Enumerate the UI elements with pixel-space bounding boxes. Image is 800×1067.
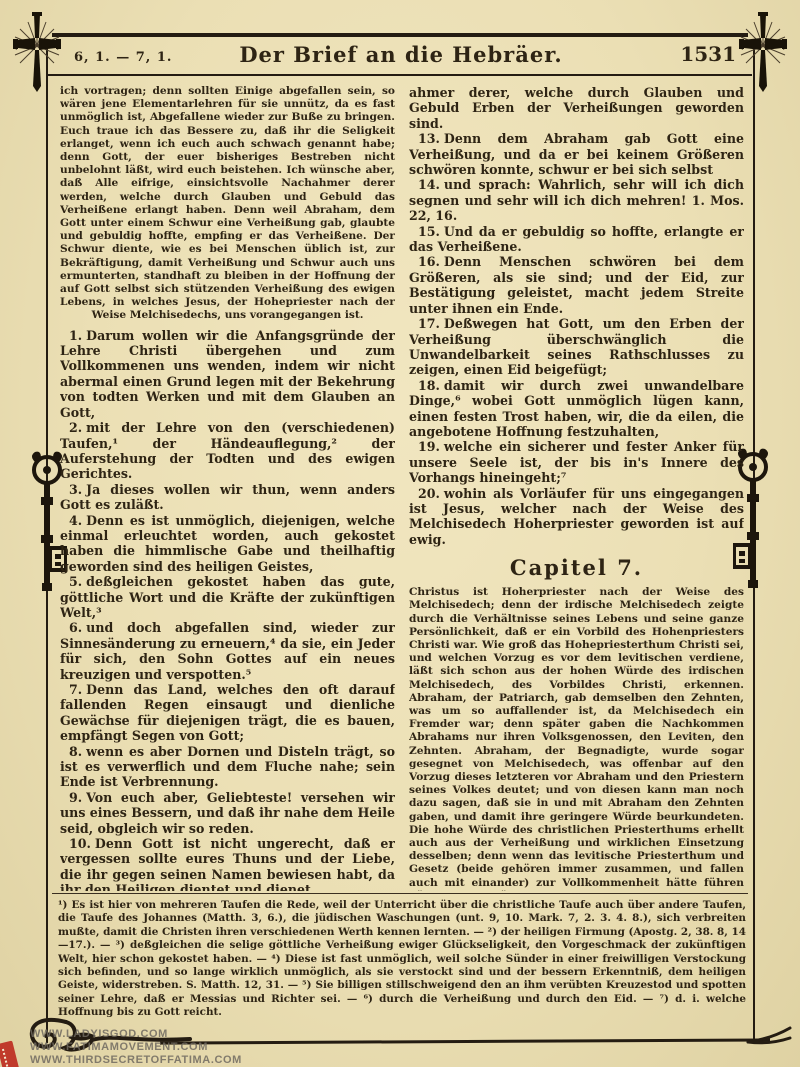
verse-text: Von euch aber, Geliebteste! versehen wir… <box>60 790 395 836</box>
verse-text: wohin als Vorläufer für uns eingegangen … <box>409 486 744 547</box>
verse-text: Denn dem Abraham gab Gott eine Verheißun… <box>409 131 744 177</box>
verse-6-2: 2.mit der Lehre von den (verschiedenen) … <box>60 420 395 482</box>
verse-number: 7. <box>69 682 82 697</box>
watermark-line: WWW.FATIMAMOVEMENT.COM <box>30 1041 242 1054</box>
verse-text: und doch abgefallen sind, wieder zur Sin… <box>60 620 395 681</box>
verse-number: 8. <box>69 744 82 759</box>
verse-6-13: 13.Denn dem Abraham gab Gott eine Verhei… <box>409 131 744 177</box>
verse-text: damit wir durch zwei unwandelbare Dinge,… <box>409 378 744 439</box>
page-title: Der Brief an die Hebräer. <box>60 42 742 67</box>
footnotes-text: ¹) Es ist hier von mehreren Taufen die R… <box>58 899 746 1020</box>
verse-6-19: 19.welche ein sicherer und fester Anker … <box>409 439 744 485</box>
bottom-border-rule <box>160 1038 770 1044</box>
verse-6-16: 16.Denn Menschen schwören bei dem Größer… <box>409 254 744 316</box>
verse-number: 18. <box>418 378 440 393</box>
verse-text: und sprach: Wahrlich, sehr will ich dich… <box>409 177 744 223</box>
verse-6-8: 8.wenn es aber Dornen und Disteln trägt,… <box>60 744 395 790</box>
header-underline-rule <box>48 74 752 76</box>
verse-6-7: 7.Denn das Land, welches den oft darauf … <box>60 682 395 744</box>
verse-text: mit der Lehre von den (verschiedenen) Ta… <box>60 420 395 481</box>
verse-text: Denn das Land, welches den oft darauf fa… <box>60 682 395 743</box>
text-columns: ich vortragen; denn sollten Einige abgef… <box>60 85 744 891</box>
verse-text: Und da er gebuldig so hoffte, erlangte e… <box>409 224 744 254</box>
right-column: ahmer derer, welche durch Glauben und Ge… <box>409 85 744 891</box>
verse-number: 16. <box>418 254 440 269</box>
verse-number: 10. <box>69 836 91 851</box>
watermark-line: WWW.LADYISGOD.COM <box>30 1028 242 1041</box>
verse-6-18: 18.damit wir durch zwei unwandelbare Din… <box>409 378 744 440</box>
verse-number: 1. <box>69 328 82 343</box>
verse-number: 6. <box>69 620 82 635</box>
verse-number: 4. <box>69 513 82 528</box>
verse-number: 17. <box>418 316 440 331</box>
watermark-block: WWW.LADYISGOD.COM WWW.FATIMAMOVEMENT.COM… <box>30 1028 242 1066</box>
verse-6-5: 5.deßgleichen gekostet haben das gute, g… <box>60 574 395 620</box>
verse-6-14: 14.und sprach: Wahrlich, sehr will ich d… <box>409 177 744 223</box>
verse-6-10: 10.Denn Gott ist nicht ungerecht, daß er… <box>60 836 395 891</box>
left-column: ich vortragen; denn sollten Einige abgef… <box>60 85 395 891</box>
verse-number: 9. <box>69 790 82 805</box>
verse-number: 2. <box>69 420 82 435</box>
cross-sunburst-icon <box>6 8 68 94</box>
verse-6-20: 20.wohin als Vorläufer für uns eingegang… <box>409 486 744 548</box>
verse-6-4: 4.Denn es ist unmöglich, diejenigen, wel… <box>60 513 395 575</box>
verse-number: 15. <box>418 224 440 239</box>
verse-text: Denn es ist unmöglich, diejenigen, welch… <box>60 513 395 574</box>
verse-text: Denn Gott ist nicht ungerecht, daß er ve… <box>60 836 395 891</box>
verse-number: 3. <box>69 482 82 497</box>
verse-text: deßgleichen gekostet haben das gute, göt… <box>60 574 395 620</box>
footnote-separator-rule <box>52 893 748 894</box>
verse-number: 19. <box>418 439 440 454</box>
verse-text: welche ein sicherer und fester Anker für… <box>409 439 744 485</box>
page-header: 6, 1. — 7, 1. Der Brief an die Hebräer. … <box>60 42 742 72</box>
verse-text: Ja dieses wollen wir thun, wenn anders G… <box>60 482 395 512</box>
verse-text: wenn es aber Dornen und Disteln trägt, s… <box>60 744 395 790</box>
verse-number: 20. <box>418 486 440 501</box>
page-number: 1531 <box>680 42 736 66</box>
chapter-heading: Capitel 7. <box>409 555 744 580</box>
verse-number: 5. <box>69 574 82 589</box>
verse-number: 13. <box>418 131 440 146</box>
chapter7-intro-paragraph: Christus ist Hoherpriester nach der Weis… <box>409 586 744 891</box>
verse-6-1: 1.Darum wollen wir die Anfangsgründe der… <box>60 328 395 420</box>
verse-6-17: 17.Deßwegen hat Gott, um den Erben der V… <box>409 316 744 378</box>
verse-text: Deßwegen hat Gott, um den Erben der Verh… <box>409 316 744 377</box>
footnotes-block: ¹) Es ist hier von mehreren Taufen die R… <box>58 899 746 1027</box>
watermark-line: WWW.THIRDSECRETOFFATIMA.COM <box>30 1054 242 1067</box>
scanned-book-page: 6, 1. — 7, 1. Der Brief an die Hebräer. … <box>0 0 800 1067</box>
verse-6-9: 9.Von euch aber, Geliebteste! versehen w… <box>60 790 395 836</box>
chapter6-intro-paragraph: ich vortragen; denn sollten Einige abgef… <box>60 85 395 323</box>
verse-6-3: 3.Ja dieses wollen wir thun, wenn anders… <box>60 482 395 513</box>
line-end-flourish-icon <box>746 1026 792 1048</box>
verse-6-15: 15.Und da er gebuldig so hoffte, erlangt… <box>409 224 744 255</box>
top-border-rule <box>52 33 748 37</box>
verse-6-12-continuation: ahmer derer, welche durch Glauben und Ge… <box>409 85 744 131</box>
verse-text: Darum wollen wir die Anfangsgründe der L… <box>60 328 395 420</box>
verse-text: Denn Menschen schwören bei dem Größeren,… <box>409 254 744 315</box>
verse-number: 14. <box>418 177 440 192</box>
verse-6-6: 6.und doch abgefallen sind, wieder zur S… <box>60 620 395 682</box>
